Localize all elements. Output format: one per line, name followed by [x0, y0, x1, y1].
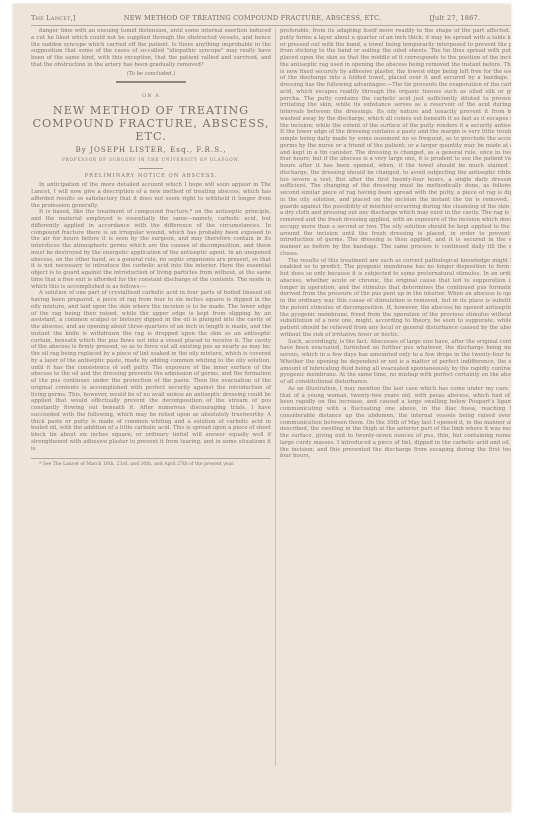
body-paragraph: As an illustration, I may mention the la… [280, 386, 511, 460]
left-column: danger time with an ensuing tumid disten… [31, 28, 271, 468]
footnote-rule [31, 458, 271, 459]
right-column: preferable, from its adapting itself mor… [280, 28, 511, 460]
article-title: NEW METHOD OF TREATING COMPOUND FRACTURE… [31, 104, 271, 143]
journal-page: The Lancet,] NEW METHOD OF TREATING COMP… [13, 4, 511, 812]
to-be-concluded: (To be concluded.) [31, 71, 271, 78]
short-rule [139, 168, 163, 169]
journal-name: The Lancet,] [31, 14, 76, 22]
continued-paragraph: danger time with an ensuing tumid disten… [31, 28, 271, 69]
running-header: The Lancet,] NEW METHOD OF TREATING COMP… [31, 14, 511, 22]
running-title: NEW METHOD OF TREATING COMPOUND FRACTURE… [124, 14, 382, 22]
footnote: * See The Lancet of March 16th, 23rd, an… [31, 462, 271, 468]
body-paragraph: A solution of one part of crystallised c… [31, 290, 271, 452]
article-kicker: ON A [31, 93, 271, 100]
body-paragraph: The results of this treatment are such a… [280, 258, 511, 339]
section-rule [116, 81, 186, 83]
body-paragraph: preferable, from its adapting itself mor… [280, 28, 511, 258]
body-paragraph: It is based, like the treatment of compo… [31, 209, 271, 290]
section-subheading: PRELIMINARY NOTICE ON ABSCESS. [31, 173, 271, 180]
article-byline: By JOSEPH LISTER, Esq., F.R.S., [31, 147, 271, 154]
issue-date: [Jult 27, 1867. [429, 14, 480, 22]
column-divider [275, 28, 276, 766]
body-paragraph: Such, accordingly, is the fact. Abscesse… [280, 339, 511, 386]
header-rule [31, 25, 511, 26]
body-paragraph: In anticipation of the more detailed acc… [31, 182, 271, 209]
author-affiliation: PROFESSOR OF SURGERY IN THE UNIVERSITY O… [31, 157, 271, 164]
